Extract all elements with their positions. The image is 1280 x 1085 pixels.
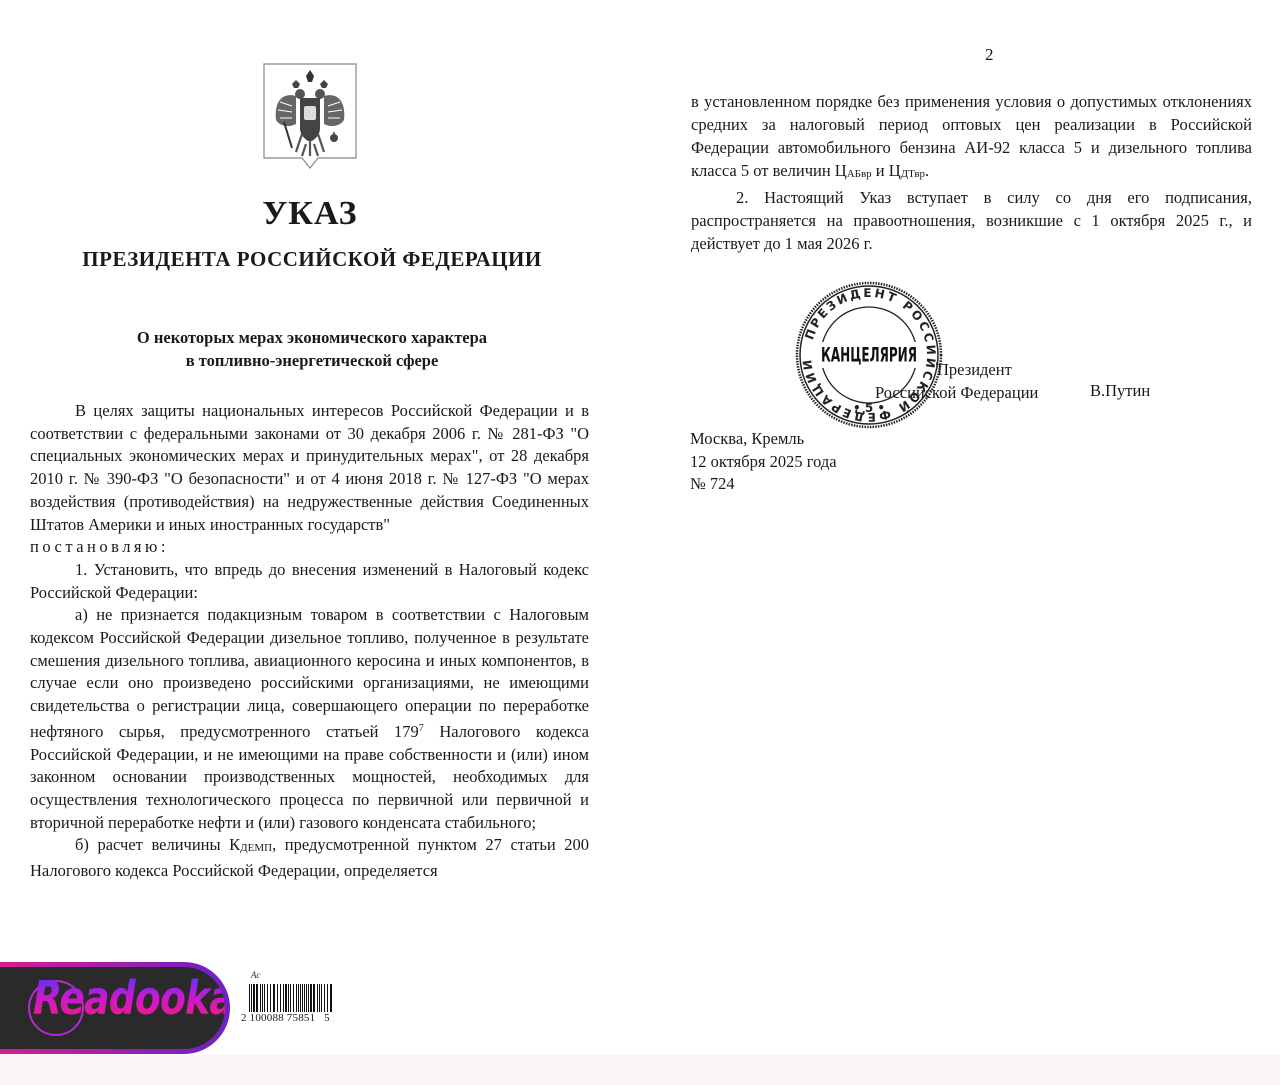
continuation-text: в установленном порядке без применения у… (691, 92, 1252, 180)
signatory-name: В.Путин (1090, 381, 1150, 401)
signing-place: Москва, Кремль (690, 428, 837, 451)
page-number: 2 (985, 45, 994, 65)
decree-heading-line-1: О некоторых мерах экономического характе… (0, 326, 624, 349)
decree-word: постановляю: (30, 536, 589, 559)
item-1a-text: а) не признается подакцизным товаром в с… (30, 605, 589, 741)
barcode-number: 2 100088 75851 5 (241, 1012, 330, 1024)
page-2-body: в установленном порядке без применения у… (691, 90, 1252, 255)
decree-body: В целях защиты национальных интересов Ро… (30, 400, 589, 883)
continuation-text-mid: и Ц (872, 161, 901, 180)
stamp-number: • 5 • (853, 401, 885, 415)
decree-number: № 724 (690, 473, 837, 496)
decree-page-2: 2 в установленном порядке без применения… (640, 0, 1280, 1055)
svg-text:КАНЦЕЛЯРИЯ: КАНЦЕЛЯРИЯ (821, 345, 917, 367)
decree-subtitle: ПРЕЗИДЕНТА РОССИЙСКОЙ ФЕДЕРАЦИИ (0, 247, 624, 272)
decree-heading-line-2: в топливно-энергетической сфере (0, 349, 624, 372)
decree-title: УКАЗ (0, 195, 620, 233)
item-1a-paragraph: а) не признается подакцизным товаром в с… (30, 604, 589, 834)
item-1b-text: б) расчет величины К (75, 835, 240, 854)
bottom-strip (0, 1055, 1280, 1085)
readooka-logo: Readooka (0, 962, 230, 1054)
item-2-paragraph: 2. Настоящий Указ вступает в силу со дня… (691, 186, 1252, 255)
continuation-text-end: . (925, 161, 929, 180)
official-stamp-icon: ПРЕЗИДЕНТ РОССИЙСКОЙ ФЕДЕРАЦИИ • 5 • КАН… (794, 280, 944, 430)
item-1-paragraph: 1. Установить, что впредь до внесения из… (30, 559, 589, 604)
barcode-mark: Ас (251, 970, 260, 980)
logo-wordmark: Readooka (33, 971, 225, 1025)
barcode-icon (249, 984, 334, 1012)
logo-badge: Readooka (0, 967, 225, 1049)
price-subscript-diesel: ДТвр (901, 168, 925, 180)
signing-date: 12 октября 2025 года (690, 451, 837, 474)
coat-of-arms-icon (262, 62, 358, 172)
coefficient-subscript: ДЕМП (240, 842, 272, 854)
continuation-paragraph: в установленном порядке без применения у… (691, 90, 1252, 186)
decree-page-1: УКАЗ ПРЕЗИДЕНТА РОССИЙСКОЙ ФЕДЕРАЦИИ О н… (0, 0, 640, 1055)
preamble-paragraph: В целях защиты национальных интересов Ро… (30, 400, 589, 536)
item-1b-paragraph: б) расчет величины КДЕМП, предусмотренно… (30, 834, 589, 882)
decree-heading: О некоторых мерах экономического характе… (0, 326, 624, 372)
place-date-block: Москва, Кремль 12 октября 2025 года № 72… (690, 428, 837, 496)
price-subscript-gasoline: АБвр (847, 168, 872, 180)
signature-role-line-1: Президент (937, 358, 1038, 381)
document-barcode: Ас 2 100088 75851 5 (241, 970, 341, 1030)
